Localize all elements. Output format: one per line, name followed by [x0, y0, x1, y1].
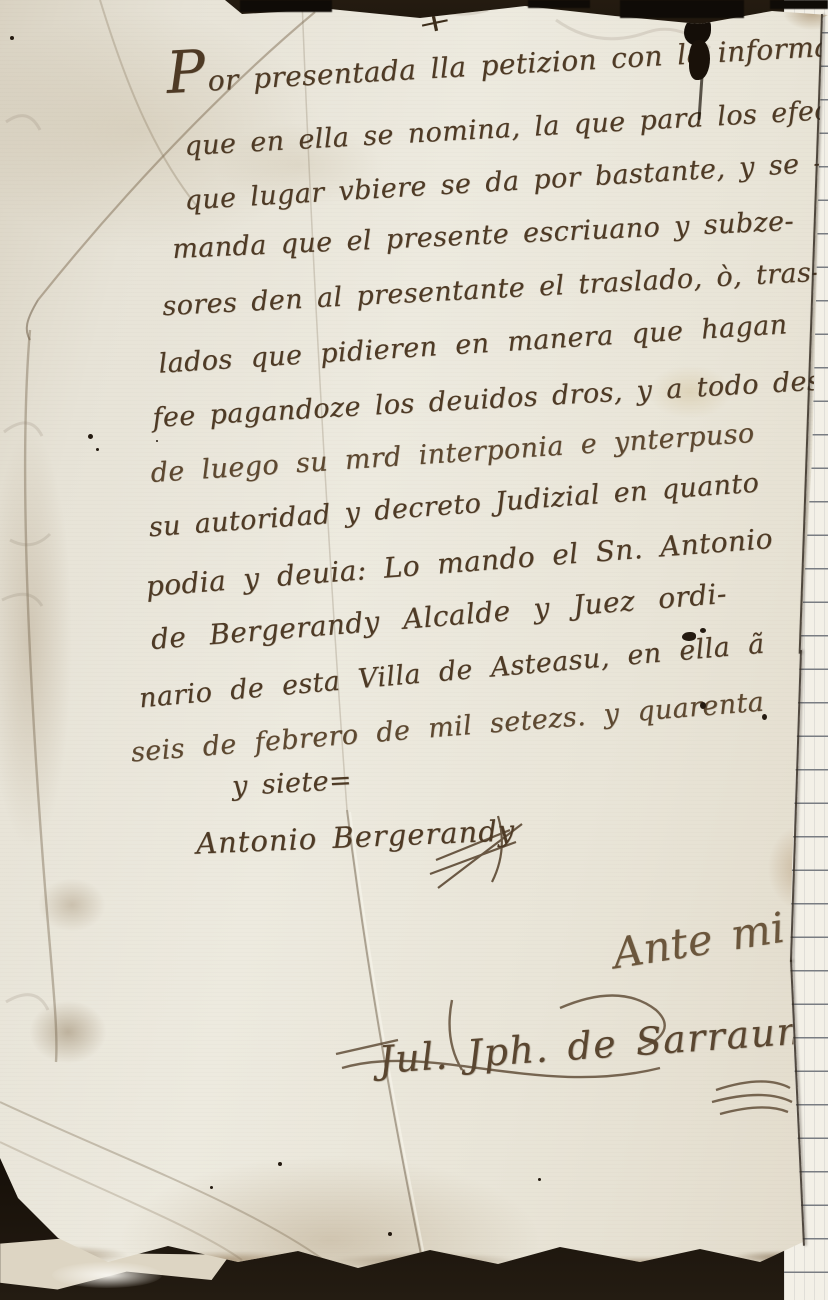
left-crease: [25, 330, 56, 1062]
ink-speck: [278, 1162, 282, 1166]
manuscript-line-14: y siete=: [231, 765, 352, 802]
manuscript-page: + Por presentada lla petizion con la inf…: [0, 0, 828, 1300]
ink-speck: [210, 1186, 213, 1189]
ink-speck: [700, 702, 706, 709]
ink-speck: [156, 440, 158, 442]
ink-speck: [762, 714, 767, 720]
ink-speck: [388, 1232, 392, 1236]
ink-speck: [10, 36, 14, 40]
ink-speck: [538, 1178, 541, 1181]
left-crease-knot: [27, 300, 38, 340]
ink-speck: [700, 628, 706, 633]
ink-splatter: [682, 632, 696, 641]
ink-speck: [88, 434, 93, 439]
ink-speck: [96, 448, 99, 451]
top-tear-fragment: [528, 0, 590, 8]
bottom-left-paper-glint: [52, 1262, 162, 1288]
top-tear-fragment: [620, 0, 744, 18]
top-tear-fragment: [770, 0, 828, 9]
manuscript-scan: + Por presentada lla petizion con la inf…: [0, 0, 828, 1300]
top-tear-fragment: [240, 0, 332, 12]
